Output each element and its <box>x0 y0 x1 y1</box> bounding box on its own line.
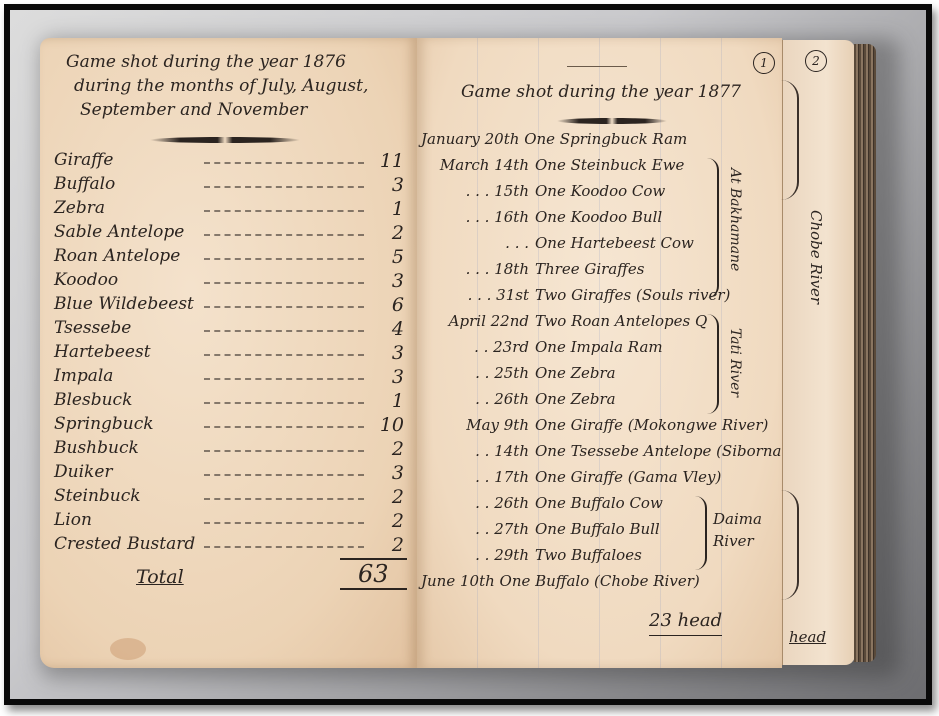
tally-row: Crested Bustard2 <box>54 534 404 558</box>
tally-row: Blesbuck1 <box>54 390 404 414</box>
log-entry: . . . 15thOne Koodoo Cow <box>429 182 665 206</box>
tally-row: Koodoo3 <box>54 270 404 294</box>
bracket-note-bakhamane: At Bakhamane <box>727 168 743 271</box>
tally-row: Blue Wildebeest6 <box>54 294 404 318</box>
head-count-footer: 23 head <box>649 610 722 636</box>
tally-row: Steinbuck2 <box>54 486 404 510</box>
left-heading-line3: September and November <box>80 100 307 120</box>
right-heading: Game shot during the year 1877 <box>461 82 741 102</box>
stain <box>110 638 146 660</box>
book-page-edges <box>854 44 876 662</box>
ornament-divider <box>150 137 300 143</box>
log-entry: . . 17thOne Giraffe (Gama Vley) <box>429 468 721 492</box>
log-entry: March 14thOne Steinbuck Ewe <box>429 156 684 180</box>
log-entry: . . . 18thThree Giraffes <box>429 260 644 284</box>
bracket-group-1 <box>707 158 719 298</box>
bracket-note-tati-river: Tati River <box>727 328 743 397</box>
log-entry: April 22ndTwo Roan Antelopes Q <box>429 312 707 336</box>
page-number-2: 2 <box>805 50 827 72</box>
right-page: 1 Game shot during the year 1877 January… <box>417 38 782 668</box>
total-value: 63 <box>340 558 407 590</box>
sketch-arc <box>781 490 799 600</box>
tally-row: Tsessebe4 <box>54 318 404 342</box>
tally-row: Bushbuck2 <box>54 438 404 462</box>
head-fragment: head <box>789 628 826 646</box>
page-number-1: 1 <box>753 52 775 74</box>
tally-row: Springbuck10 <box>54 414 404 438</box>
tally-row: Impala3 <box>54 366 404 390</box>
tally-row: Lion2 <box>54 510 404 534</box>
log-entry: . . . 31stTwo Giraffes (Souls river) <box>429 286 730 310</box>
chobe-river-note: Chobe River <box>807 210 825 304</box>
left-heading-line1: Game shot during the year 1876 <box>66 52 346 72</box>
log-entry: . . . 16thOne Koodoo Bull <box>429 208 662 232</box>
log-entry: . . 23rdOne Impala Ram <box>429 338 663 362</box>
log-entry: . . 26thOne Zebra <box>429 390 616 414</box>
bracket-note-daima: Daima <box>713 510 762 528</box>
tally-row: Duiker3 <box>54 462 404 486</box>
next-page-edge: 2 Chobe River head <box>782 40 855 665</box>
log-entry: . . 27thOne Buffalo Bull <box>429 520 660 544</box>
bracket-note-river: River <box>713 532 754 550</box>
log-entry: June 10th One Buffalo (Chobe River) <box>421 572 700 596</box>
short-rule <box>567 66 627 67</box>
log-entry: . . 29thTwo Buffaloes <box>429 546 642 570</box>
log-entry: . . 26thOne Buffalo Cow <box>429 494 663 518</box>
tally-row: Roan Antelope5 <box>54 246 404 270</box>
bracket-group-3 <box>695 496 707 570</box>
log-entry: January 20th One Springbuck Ram <box>421 130 687 154</box>
left-page: Game shot during the year 1876 during th… <box>40 38 417 668</box>
log-entry: . . .One Hartebeest Cow <box>429 234 694 258</box>
tally-row: Zebra1 <box>54 198 404 222</box>
tally-row: Hartebeest3 <box>54 342 404 366</box>
bracket-group-2 <box>707 314 719 414</box>
left-heading-line2: during the months of July, August, <box>74 76 368 96</box>
tally-row: Giraffe11 <box>54 150 404 174</box>
photo-frame: Game shot during the year 1876 during th… <box>4 4 932 705</box>
ornament-divider <box>557 118 667 124</box>
log-entry: May 9thOne Giraffe (Mokongwe River) <box>429 416 768 440</box>
log-entry: . . 25thOne Zebra <box>429 364 616 388</box>
log-entry: . . 14thOne Tsessebe Antelope (Sibornane… <box>429 442 806 466</box>
tally-row: Sable Antelope2 <box>54 222 404 246</box>
tally-row: Buffalo3 <box>54 174 404 198</box>
total-label: Total <box>136 566 184 588</box>
sketch-arc <box>781 80 799 200</box>
